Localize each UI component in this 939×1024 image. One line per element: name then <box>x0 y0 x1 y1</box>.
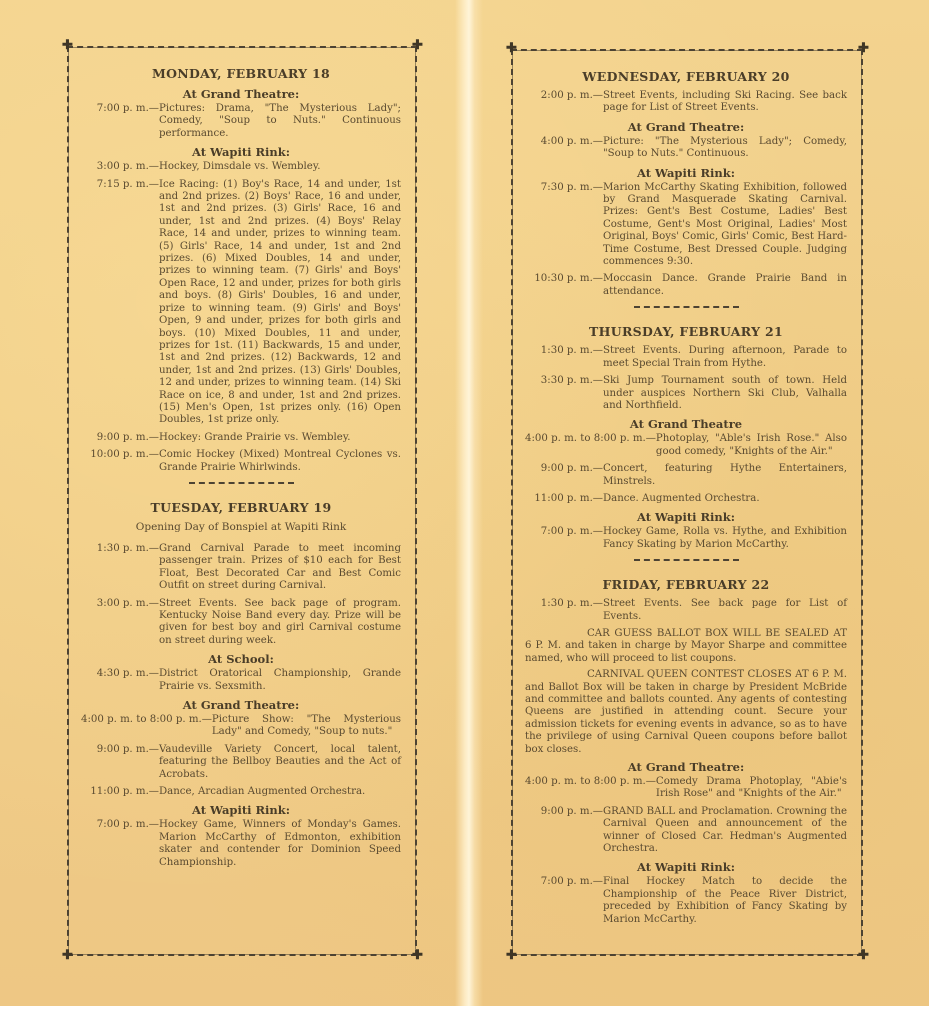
entry-time: 4:30 p. m.— <box>81 668 159 693</box>
entry-time: 10:00 p. m.— <box>81 449 159 474</box>
venue-heading: At Wapiti Rink: <box>81 145 401 159</box>
schedule-entry: 4:00 p. m. to 8:00 p. m.— Picture Show: … <box>81 714 401 739</box>
entry-description: Hockey: Grande Prairie vs. Wembley. <box>159 432 401 444</box>
entry-time: 7:00 p. m.— <box>81 103 159 140</box>
entry-description: District Oratorical Championship, Grande… <box>159 668 401 693</box>
entry-time: 4:00 p. m. to 8:00 p. m.— <box>81 714 212 739</box>
schedule-entry: 4:30 p. m.— District Oratorical Champion… <box>81 668 401 693</box>
schedule-entry: 2:00 p. m.— Street Events, including Ski… <box>525 90 847 115</box>
entry-time: 11:00 p. m.— <box>81 786 159 798</box>
venue-heading: At Grand Theatre: <box>81 87 401 101</box>
entry-description: Dance. Augmented Orchestra. <box>603 493 847 505</box>
day-heading-thursday: THURSDAY, FEBRUARY 21 <box>525 324 847 339</box>
schedule-entry: 3:30 p. m.— Ski Jump Tournament south of… <box>525 375 847 412</box>
entry-description: Hockey, Dimsdale vs. Wembley. <box>159 161 401 173</box>
corner-ornament-icon: ✚ <box>62 951 72 961</box>
venue-heading: At Wapiti Rink: <box>525 510 847 524</box>
entry-description: Comic Hockey (Mixed) Montreal Cyclones v… <box>159 449 401 474</box>
schedule-entry: 7:15 p. m.— Ice Racing: (1) Boy's Race, … <box>81 179 401 427</box>
entry-time: 1:30 p. m.— <box>525 345 603 370</box>
entry-time: 7:00 p. m.— <box>525 876 603 926</box>
venue-heading: At School: <box>81 652 401 666</box>
schedule-entry: 1:30 p. m.— Grand Carnival Parade to mee… <box>81 543 401 593</box>
venue-heading: At Wapiti Rink: <box>525 166 847 180</box>
schedule-entry: 1:30 p. m.— Street Events. During aftern… <box>525 345 847 370</box>
entry-time: 7:00 p. m.— <box>525 526 603 551</box>
day-heading-tuesday: TUESDAY, FEBRUARY 19 <box>81 500 401 515</box>
venue-heading: At Grand Theatre: <box>81 698 401 712</box>
section-divider <box>634 559 739 561</box>
entry-time: 3:30 p. m.— <box>525 375 603 412</box>
notice-car-ballot: CAR GUESS BALLOT BOX WILL BE SEALED AT 6… <box>525 628 847 665</box>
schedule-entry: 7:30 p. m.— Marion McCarthy Skating Exhi… <box>525 182 847 269</box>
entry-description: Street Events, including Ski Racing. See… <box>603 90 847 115</box>
entry-description: Picture: "The Mysterious Lady"; Comedy, … <box>603 136 847 161</box>
left-panel-content: MONDAY, FEBRUARY 18 At Grand Theatre: 7:… <box>81 66 401 874</box>
schedule-entry: 9:00 p. m.— Concert, featuring Hythe Ent… <box>525 463 847 488</box>
schedule-entry: 1:30 p. m.— Street Events. See back page… <box>525 598 847 623</box>
entry-description: Comedy Drama Photoplay, "Abie's Irish Ro… <box>656 776 847 801</box>
entry-description: Grand Carnival Parade to meet incoming p… <box>159 543 401 593</box>
schedule-entry: 7:00 p. m.— Hockey Game, Rolla vs. Hythe… <box>525 526 847 551</box>
venue-heading: At Grand Theatre: <box>525 120 847 134</box>
entry-description: Picture Show: "The Mysterious Lady" and … <box>212 714 401 739</box>
entry-time: 7:00 p. m.— <box>81 819 159 869</box>
day-heading-friday: FRIDAY, FEBRUARY 22 <box>525 577 847 592</box>
entry-time: 2:00 p. m.— <box>525 90 603 115</box>
schedule-entry: 9:00 p. m.— GRAND BALL and Proclamation.… <box>525 806 847 856</box>
venue-heading: At Grand Theatre: <box>525 760 847 774</box>
venue-heading: At Grand Theatre <box>525 417 847 431</box>
schedule-entry: 7:00 p. m.— Final Hockey Match to decide… <box>525 876 847 926</box>
corner-ornament-icon: ✚ <box>858 44 868 54</box>
schedule-entry: 4:00 p. m. to 8:00 p. m.— Photoplay, "Ab… <box>525 433 847 458</box>
entry-description: Hockey Game, Rolla vs. Hythe, and Exhibi… <box>603 526 847 551</box>
entry-description: Hockey Game, Winners of Monday's Games. … <box>159 819 401 869</box>
entry-time: 9:00 p. m.— <box>81 744 159 781</box>
entry-time: 3:00 p. m.— <box>81 161 159 173</box>
day-heading-monday: MONDAY, FEBRUARY 18 <box>81 66 401 81</box>
schedule-entry: 11:00 p. m.— Dance, Arcadian Augmented O… <box>81 786 401 798</box>
entry-time: 4:00 p. m. to 8:00 p. m.— <box>525 433 656 458</box>
program-page: ✚ ✚ ✚ ✚ MONDAY, FEBRUARY 18 At Grand The… <box>0 0 929 1006</box>
entry-description: Street Events. During afternoon, Parade … <box>603 345 847 370</box>
entry-description: Street Events. See back page of program.… <box>159 598 401 648</box>
entry-time: 7:15 p. m.— <box>81 179 159 427</box>
entry-description: Dance, Arcadian Augmented Orchestra. <box>159 786 401 798</box>
entry-time: 11:00 p. m.— <box>525 493 603 505</box>
schedule-entry: 10:00 p. m.— Comic Hockey (Mixed) Montre… <box>81 449 401 474</box>
corner-ornament-icon: ✚ <box>858 951 868 961</box>
entry-time: 1:30 p. m.— <box>525 598 603 623</box>
schedule-entry: 7:00 p. m.— Pictures: Drama, "The Myster… <box>81 103 401 140</box>
entry-description: Ice Racing: (1) Boy's Race, 14 and under… <box>159 179 401 427</box>
right-panel: ✚ ✚ ✚ ✚ WEDNESDAY, FEBRUARY 20 2:00 p. m… <box>511 49 863 956</box>
entry-description: Concert, featuring Hythe Entertainers, M… <box>603 463 847 488</box>
schedule-entry: 9:00 p. m.— Vaudeville Variety Concert, … <box>81 744 401 781</box>
corner-ornament-icon: ✚ <box>412 951 422 961</box>
left-panel: ✚ ✚ ✚ ✚ MONDAY, FEBRUARY 18 At Grand The… <box>67 46 417 956</box>
entry-description: Pictures: Drama, "The Mysterious Lady"; … <box>159 103 401 140</box>
schedule-entry: 11:00 p. m.— Dance. Augmented Orchestra. <box>525 493 847 505</box>
entry-description: Ski Jump Tournament south of town. Held … <box>603 375 847 412</box>
day-note: Opening Day of Bonspiel at Wapiti Rink <box>81 521 401 533</box>
page-fold <box>455 0 483 1006</box>
entry-description: Street Events. See back page for List of… <box>603 598 847 623</box>
schedule-entry: 4:00 p. m. to 8:00 p. m.— Comedy Drama P… <box>525 776 847 801</box>
entry-time: 1:30 p. m.— <box>81 543 159 593</box>
entry-description: Photoplay, "Able's Irish Rose." Also goo… <box>656 433 847 458</box>
entry-time: 9:00 p. m.— <box>525 463 603 488</box>
entry-time: 4:00 p. m. to 8:00 p. m.— <box>525 776 656 801</box>
corner-ornament-icon: ✚ <box>506 951 516 961</box>
venue-heading: At Wapiti Rink: <box>525 860 847 874</box>
section-divider <box>189 482 294 484</box>
schedule-entry: 10:30 p. m.— Moccasin Dance. Grande Prai… <box>525 273 847 298</box>
entry-description: GRAND BALL and Proclamation. Crowning th… <box>603 806 847 856</box>
schedule-entry: 3:00 p. m.— Street Events. See back page… <box>81 598 401 648</box>
schedule-entry: 7:00 p. m.— Hockey Game, Winners of Mond… <box>81 819 401 869</box>
entry-description: Marion McCarthy Skating Exhibition, foll… <box>603 182 847 269</box>
schedule-entry: 9:00 p. m.— Hockey: Grande Prairie vs. W… <box>81 432 401 444</box>
corner-ornament-icon: ✚ <box>506 44 516 54</box>
entry-description: Final Hockey Match to decide the Champio… <box>603 876 847 926</box>
notice-carnival-queen: CARNIVAL QUEEN CONTEST CLOSES AT 6 P. M.… <box>525 669 847 756</box>
schedule-entry: 4:00 p. m.— Picture: "The Mysterious Lad… <box>525 136 847 161</box>
day-heading-wednesday: WEDNESDAY, FEBRUARY 20 <box>525 69 847 84</box>
entry-description: Moccasin Dance. Grande Prairie Band in a… <box>603 273 847 298</box>
corner-ornament-icon: ✚ <box>412 41 422 51</box>
venue-heading: At Wapiti Rink: <box>81 803 401 817</box>
entry-time: 9:00 p. m.— <box>81 432 159 444</box>
schedule-entry: 3:00 p. m.— Hockey, Dimsdale vs. Wembley… <box>81 161 401 173</box>
entry-time: 4:00 p. m.— <box>525 136 603 161</box>
corner-ornament-icon: ✚ <box>62 41 72 51</box>
entry-time: 7:30 p. m.— <box>525 182 603 269</box>
right-panel-content: WEDNESDAY, FEBRUARY 20 2:00 p. m.— Stree… <box>525 69 847 931</box>
entry-time: 3:00 p. m.— <box>81 598 159 648</box>
entry-time: 9:00 p. m.— <box>525 806 603 856</box>
entry-description: Vaudeville Variety Concert, local talent… <box>159 744 401 781</box>
entry-time: 10:30 p. m.— <box>525 273 603 298</box>
section-divider <box>634 306 739 308</box>
